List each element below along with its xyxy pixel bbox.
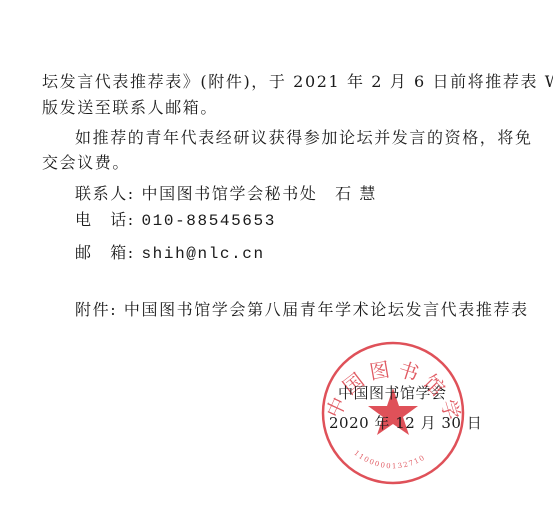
attachment-line: 附件: 中国图书馆学会第八届青年学术论坛发言代表推荐表 xyxy=(75,300,529,320)
contact-person: 联系人: 中国图书馆学会秘书处 石 慧 xyxy=(75,184,377,204)
contact-email-label: 邮 箱: xyxy=(75,243,135,262)
paragraph-2-line-2: 交会议费。 xyxy=(42,153,130,173)
contact-person-label: 联系人: xyxy=(75,184,135,203)
official-seal-icon: 中国图书馆学会 1100000132710 xyxy=(318,338,468,488)
contact-person-value: 中国图书馆学会秘书处 石 慧 xyxy=(141,184,377,203)
signature-date: 2020 年 12 月 30 日 xyxy=(329,414,482,432)
paragraph-1-line-1: 坛发言代表推荐表》(附件)，于 2021 年 2 月 6 日前将推荐表 Word xyxy=(42,72,553,92)
contact-phone-label: 电 话: xyxy=(75,210,135,229)
paragraph-1-line-2: 版发送至联系人邮箱。 xyxy=(42,98,218,118)
paragraph-2-line-1: 如推荐的青年代表经研议获得参加论坛并发言的资格，将免 xyxy=(75,128,533,148)
signature-organization: 中国图书馆学会 xyxy=(338,384,447,402)
svg-text:1100000132710: 1100000132710 xyxy=(352,449,427,470)
contact-email-value: shih@nlc.cn xyxy=(141,245,264,263)
contact-phone: 电 话: 010-88545653 xyxy=(75,210,276,231)
contact-phone-value: 010-88545653 xyxy=(141,212,275,230)
contact-email: 邮 箱: shih@nlc.cn xyxy=(75,243,265,264)
